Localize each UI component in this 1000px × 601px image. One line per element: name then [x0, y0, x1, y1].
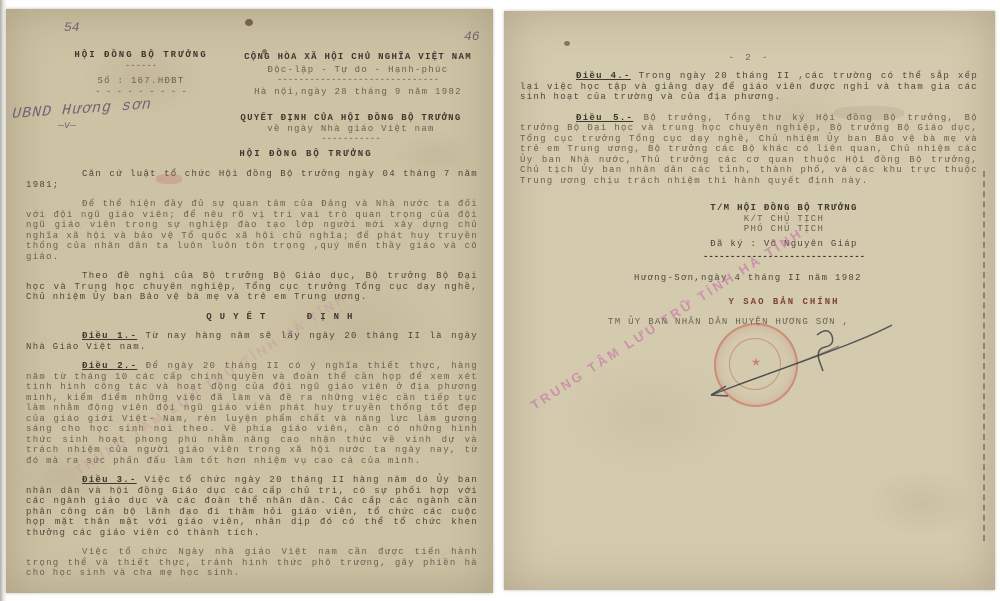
article-5-label: Điều 5.-: [576, 113, 633, 123]
article-2-label: Điều 2.-: [82, 361, 137, 371]
page2-body: Điều 4.- Trong ngày 20 tháng II ,các trư…: [520, 71, 978, 195]
doc-number-divider: - - - - - - - - -: [56, 87, 226, 98]
closing-paragraph: Việc tổ chức Ngày nhà giáo Việt nam cần …: [26, 547, 478, 579]
national-motto: Độc-lập - Tự do - Hạnh-phúc: [228, 65, 488, 76]
red-smudge: [156, 174, 182, 184]
scanned-document: { "document": { "watermark_text": "TRUNG…: [0, 0, 1000, 601]
handwritten-note: UBND Hương sơn: [12, 96, 153, 123]
handwritten-folio-number-right: 46: [464, 29, 480, 44]
signature-on-behalf: T/M HỘI ĐỒNG BỘ TRƯỞNG: [614, 203, 954, 214]
country-name: CỘNG HÒA XÃ HỘI CHỦ NGHĨA VIỆT NAM: [228, 52, 488, 63]
motto-divider: ------------------------------: [228, 75, 488, 86]
handwritten-note-mark: —v—: [58, 121, 76, 132]
paper-stain: [834, 106, 904, 120]
title-divider: -----------: [206, 134, 496, 145]
preamble-2: Để thể hiện đầy đủ sự quan tâm của Đảng …: [26, 199, 478, 262]
preamble-3: Theo đề nghị của Bộ trưởng Bộ Giáo dục, …: [26, 271, 478, 303]
issuing-org-block: HỘI ĐỒNG BỘ TRƯỞNG ------ Số : 167.HĐBT …: [56, 50, 226, 97]
article-5: Điều 5.- Bộ trưởng, Tổng thư ký Hội đồng…: [520, 113, 978, 187]
handwritten-folio-number-left: 54: [64, 20, 80, 35]
issuing-org: HỘI ĐỒNG BỘ TRƯỞNG: [56, 50, 226, 61]
document-page-2: - 2 - Điều 4.- Trong ngày 20 tháng II ,c…: [504, 11, 995, 590]
document-page-1: 54 46 HỘI ĐỒNG BỘ TRƯỞNG ------ Số : 167…: [6, 9, 493, 593]
national-header-block: CỘNG HÒA XÃ HỘI CHỦ NGHĨA VIỆT NAM Độc-l…: [228, 52, 488, 97]
preamble-1: Căn cứ luật tổ chức Hội đồng Bộ trưởng n…: [26, 169, 478, 190]
issue-dateline: Hà nội,ngày 28 tháng 9 năm 1982: [228, 87, 488, 98]
article-4-label: Điều 4.-: [576, 71, 631, 81]
pen-signature: [689, 319, 904, 414]
decision-title-line1: QUYẾT ĐỊNH CỦA HỘI ĐỒNG BỘ TRƯỞNG: [206, 113, 496, 124]
article-4: Điều 4.- Trong ngày 20 tháng II ,các trư…: [520, 71, 978, 103]
decision-title-line2: về ngày Nhà giáo Việt nam: [206, 124, 496, 135]
decision-heading: Q U Y Ế T Đ Ị N H: [26, 312, 478, 323]
decision-body: Căn cứ luật tổ chức Hội đồng Bộ trưởng n…: [26, 169, 478, 588]
page-number: - 2 -: [504, 53, 995, 64]
issuer-heading: HỘI ĐỒNG BỘ TRƯỞNG: [156, 149, 456, 160]
signature-divider: ------------------------------: [614, 252, 954, 263]
certification-title: Y SAO BẢN CHÍNH: [614, 297, 954, 308]
doc-number: Số : 167.HĐBT: [56, 76, 226, 87]
org-divider: ------: [56, 61, 226, 72]
page-edge-marks: [983, 171, 985, 541]
signature-role-1: K/T CHỦ TỊCH: [614, 214, 954, 225]
paper-stain: [262, 49, 267, 54]
article-3: Điều 3.- Việc tổ chức ngày 20 tháng II h…: [26, 475, 478, 538]
article-5-text: Bộ trưởng, Tổng thư ký Hội đồng Bộ trưởn…: [520, 113, 978, 186]
article-3-label: Điều 3.-: [82, 475, 137, 485]
certification-dateline: Hương-Sơn,ngày 4 tháng II năm 1982: [634, 273, 934, 284]
paper-stain: [564, 41, 570, 46]
paper-stain: [245, 19, 253, 26]
decision-title-block: QUYẾT ĐỊNH CỦA HỘI ĐỒNG BỘ TRƯỞNG về ngà…: [206, 113, 496, 145]
article-1-label: Điều 1.-: [82, 331, 137, 341]
